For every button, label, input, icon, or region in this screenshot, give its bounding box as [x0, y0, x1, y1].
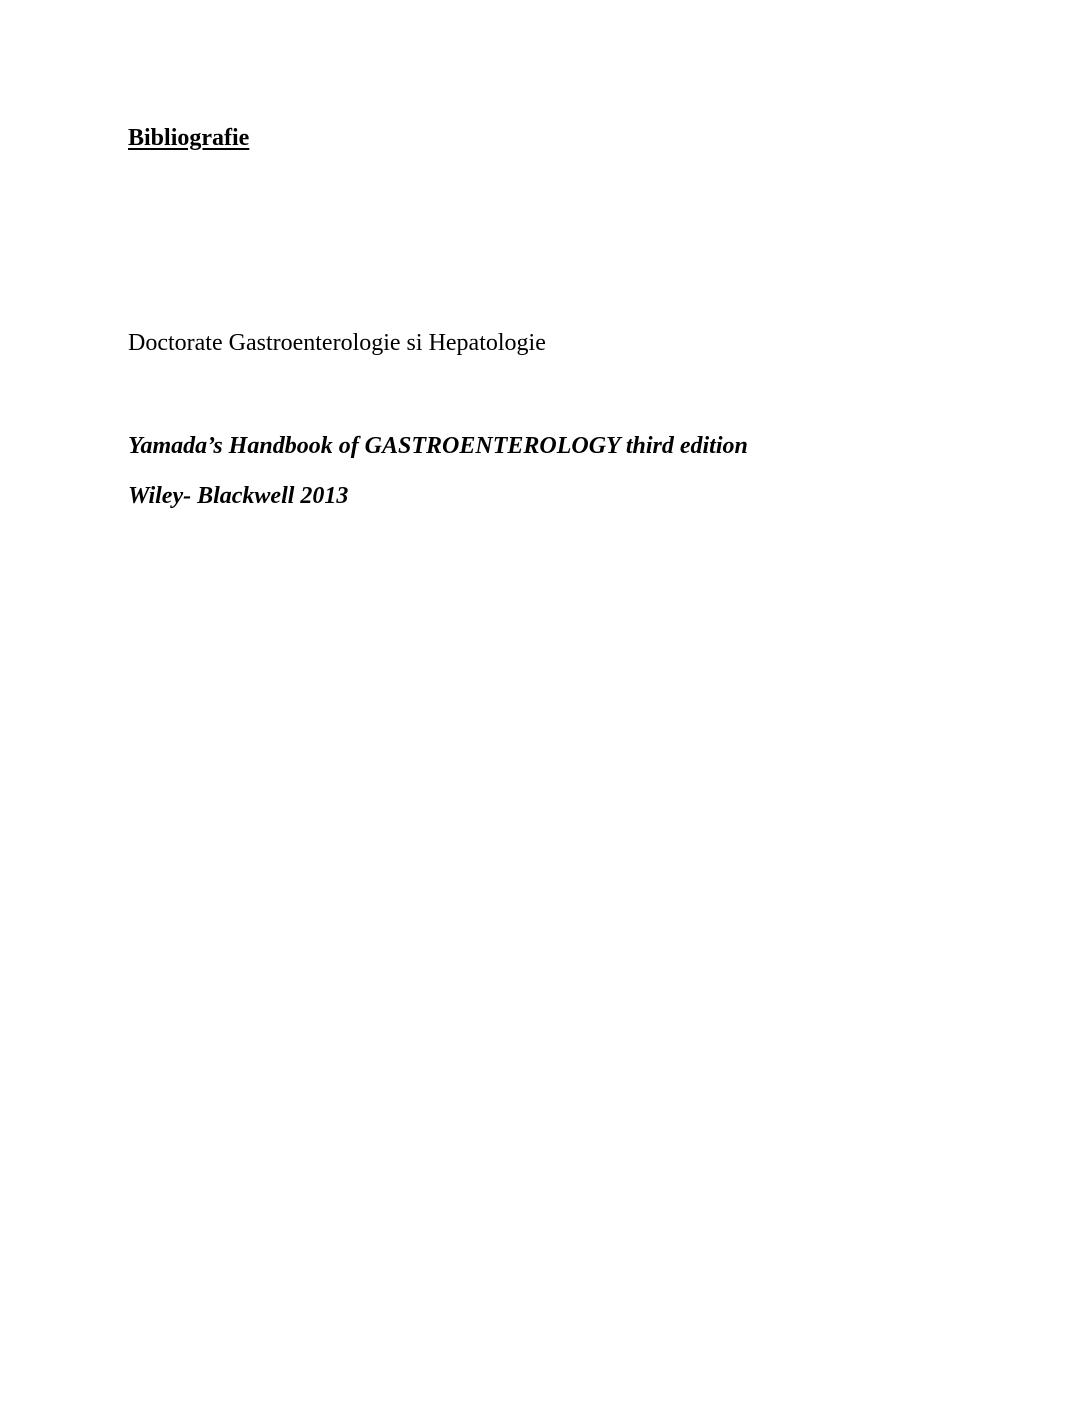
document-subtitle: Doctorate Gastroenterologie si Hepatolog… [128, 331, 546, 355]
page-heading: Bibliografie [128, 126, 249, 150]
reference-title: Yamada’s Handbook of GASTROENTEROLOGY th… [128, 434, 748, 458]
document-page: Bibliografie Doctorate Gastroenterologie… [0, 0, 1088, 1408]
reference-publisher: Wiley- Blackwell 2013 [128, 484, 348, 508]
